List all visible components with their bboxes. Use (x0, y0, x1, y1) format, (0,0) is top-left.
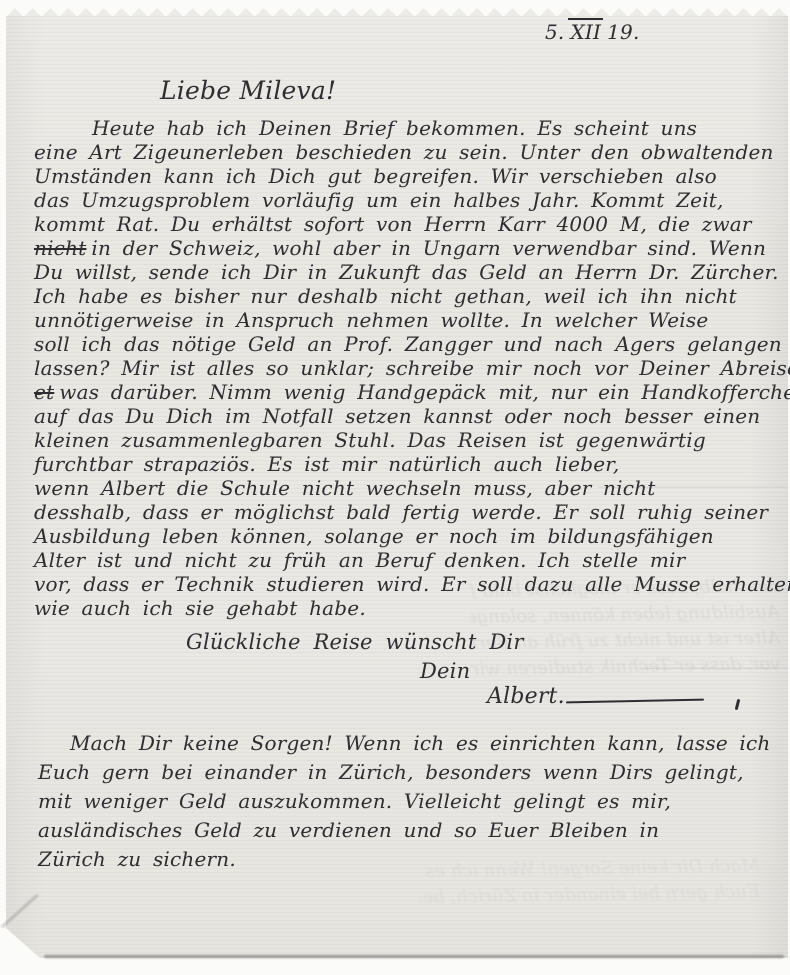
letter-line: Umständen kann ich Dich gut begreifen. W… (34, 164, 760, 188)
fold-crease (640, 668, 788, 669)
letter-line: soll ich das nötige Geld an Prof. Zangge… (34, 332, 760, 356)
valediction: Dein (420, 659, 470, 683)
postscript-line: ausländisches Geld zu verdienen und so E… (38, 818, 762, 847)
letter-line: Heute hab ich Deinen Brief bekommen. Es … (34, 116, 760, 140)
letter-line: desshalb, dass er möglichst bald fertig … (34, 500, 760, 524)
date-year: 19. (607, 20, 639, 44)
scanned-letter: desshalb, dass er möglichst bald fertig … (0, 0, 790, 975)
closing-wish: Glückliche Reise wünscht Dir (186, 630, 524, 654)
letter-line: eine Art Zigeunerleben beschieden zu sei… (34, 140, 760, 164)
letter-body: Heute hab ich Deinen Brief bekommen. Es … (34, 116, 760, 620)
salutation: Liebe Mileva! (160, 76, 336, 105)
letter-line: Ich habe es bisher nur deshalb nicht get… (34, 284, 760, 308)
letter-line: Du willst, sende ich Dir in Zukunft das … (34, 260, 760, 284)
date-day: 5. (545, 20, 564, 44)
paper-edge-shadow (44, 955, 784, 958)
letter-line: vor, dass er Technik studieren wird. Er … (34, 572, 760, 596)
torn-paper-edge (6, 8, 788, 17)
postscript: Mach Dir keine Sorgen! Wenn ich es einri… (38, 731, 762, 876)
letter-line: unnötigerweise in Anspruch nehmen wollte… (34, 308, 760, 332)
letter-line: wie auch ich sie gehabt habe. (34, 596, 760, 620)
letter-line: furchtbar strapaziös. Es ist mir natürli… (34, 452, 760, 476)
letter-line: kommt Rat. Du erhältst sofort von Herrn … (34, 212, 760, 236)
struck-word: et (34, 380, 54, 404)
letter-line: Alter ist und nicht zu früh an Beruf den… (34, 548, 760, 572)
letter-line: Ausbildung leben können, solange er noch… (34, 524, 760, 548)
signature: Albert. (487, 684, 565, 709)
postscript-line: Zürich zu sichern. (38, 847, 762, 876)
struck-word: nicht (34, 236, 86, 260)
postscript-line: Mach Dir keine Sorgen! Wenn ich es einri… (38, 731, 762, 760)
letter-line: das Umzugsproblem vorläufig um ein halbe… (34, 188, 760, 212)
letter-line: nichtin der Schweiz, wohl aber in Ungarn… (34, 236, 760, 260)
letter-line: wenn Albert die Schule nicht wechseln mu… (34, 476, 760, 500)
date: 5.XII19. (545, 20, 644, 44)
letter-line: lassen? Mir ist alles so unklar; schreib… (34, 356, 760, 380)
date-month: XII (568, 18, 603, 44)
letter-line: auf das Du Dich im Notfall setzen kannst… (34, 404, 760, 428)
letter-line: kleinen zusammenlegbaren Stuhl. Das Reis… (34, 428, 760, 452)
postscript-line: Euch gern bei einander in Zürich, besond… (38, 760, 762, 789)
letter-line: etwas darüber. Nimm wenig Handgepäck mit… (34, 380, 760, 404)
postscript-line: mit weniger Geld auszukommen. Vielleicht… (38, 789, 762, 818)
